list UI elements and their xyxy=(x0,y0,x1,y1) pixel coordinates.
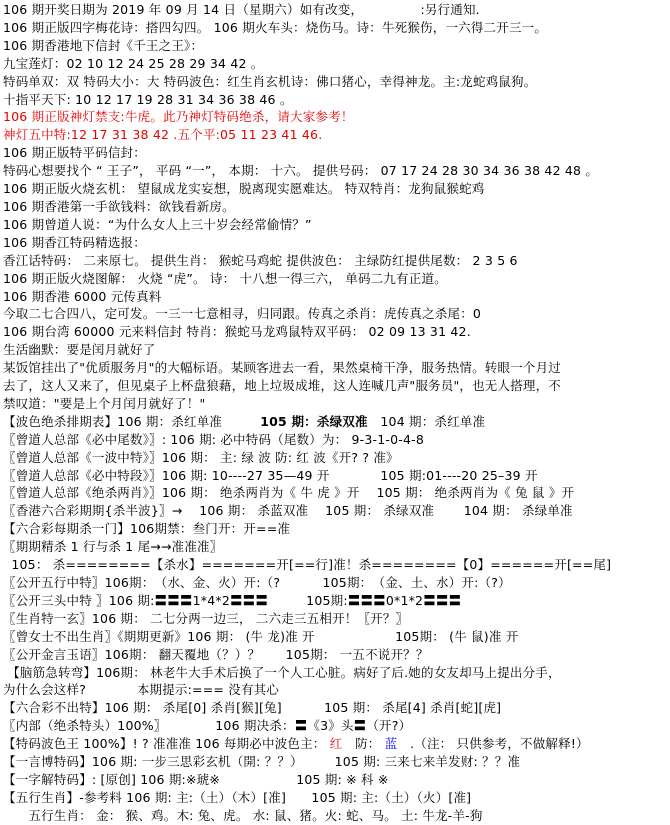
text-segment: 〖内部（绝杀特头）100%〗 106 期决杀：〓《3》头〓（开?） xyxy=(3,718,411,733)
text-segment: 〖公开金言玉语〗106期： 翻天覆地（？）？ 105期： 一五不说开？？ xyxy=(3,647,429,662)
text-segment: 〖曾道人总部《绝杀两肖》〗106 期： 绝杀两肖为《 牛 虎 》开 105 期：… xyxy=(3,485,574,500)
text-line: 〖公开金言玉语〗106期： 翻天覆地（？）？ 105期： 一五不说开？？ xyxy=(3,646,668,664)
text-line: 106 期正版火烧图解： 火烧 “虎”。 诗： 十八想一得三六， 单码二九有正道… xyxy=(3,270,668,288)
text-segment: 106 期正版火烧图解： 火烧 “虎”。 诗： 十八想一得三六， 单码二九有正道… xyxy=(3,271,447,286)
text-line: 生活幽默：要是闰月就好了 xyxy=(3,341,668,359)
text-line: 〖公开五行中特〗106期： （水、金、火）开:（? 105期： （金、土、水）开… xyxy=(3,574,668,592)
text-line: 106 期正版四字梅花诗：搭四勾四。 106 期火车头：烧伤马。诗：牛死猴伤，一… xyxy=(3,19,668,37)
text-line: 106 期正版特平码信封： xyxy=(3,144,668,162)
text-line: 〖曾道人总部《必中尾数》〗: 106 期: 必中特码（尾数）为： 9-3-1-0… xyxy=(3,431,668,449)
text-line: 某饭馆挂出了"优质服务月"的大幅标语。某顾客进去一看，果然桌椅干净，服务热情。转… xyxy=(3,359,668,377)
text-segment: 104 期：杀红单准 xyxy=(368,414,486,429)
text-segment: 十指平天下: 10 12 17 19 28 31 34 36 38 46 。 xyxy=(3,92,293,107)
text-segment: 〖曾道人总部《一波中特》〗106 期： 主: 绿 波 防: 红 波《开? ? 准… xyxy=(3,450,399,465)
text-segment: 106 期正版特平码信封： xyxy=(3,145,146,160)
text-segment: .（注： 只供参考，不做解释!） xyxy=(397,736,588,751)
text-line: 为什么会这样? 本期提示:=== 没有其心 xyxy=(3,681,668,699)
text-segment: 今取二七合四八，定可发。一三一七意相寻，归同跟。传真之杀肖：虎传真之杀尾：0 xyxy=(3,306,481,321)
text-line: 【一字解特码】: [原创] 106 期:※琥※ 105 期: ※ 科 ※ xyxy=(3,771,668,789)
text-line: 特码单双：双 特码大小：大 特码波色：红生肖玄机诗：佛口猪心，幸得神龙。主:龙蛇… xyxy=(3,73,668,91)
text-segment: 〖曾女士不出生肖〗《期期更新》106 期： (牛 龙)准 开 105期： (牛 … xyxy=(3,629,518,644)
text-line: 【特码波色王 100%】! ? 准准准 106 每期必中波色主： 红 防： 蓝 … xyxy=(3,735,668,753)
text-line: 九宝莲灯：02 10 12 24 25 28 29 34 42 。 xyxy=(3,55,668,73)
text-segment: 106 期开奖日期为 2019 年 09 月 14 日（星期六）如有改变， :另… xyxy=(3,2,480,17)
text-segment: 红 xyxy=(330,736,343,751)
text-segment: 【一言博特码】106 期: 一步三思彩玄机（開: ？？） 105 期: 三来七来… xyxy=(3,754,520,769)
text-segment: 蓝 xyxy=(385,736,398,751)
text-line: 禁叹道："要是上个月闰月就好了！" xyxy=(3,395,668,413)
text-segment: 【脑筋急转弯】106期： 林老牛大手术后换了一个人工心脏。病好了后.她的女友却马… xyxy=(3,665,561,680)
text-line: 〖曾女士不出生肖〗《期期更新》106 期： (牛 龙)准 开 105期： (牛 … xyxy=(3,628,668,646)
text-line: 特码心想要找个 “ 王子”， 平码 “一”， 本期： 十六。 提供号码： 07 … xyxy=(3,162,668,180)
text-segment: 九宝莲灯：02 10 12 24 25 28 29 34 42 。 xyxy=(3,56,264,71)
text-segment: 【五行生肖】-参考料 106 期: 主:（土）（木）[准] 105 期: 主:（… xyxy=(3,790,471,805)
text-segment: 106 期正版四字梅花诗：搭四勾四。 106 期火车头：烧伤马。诗：牛死猴伤，一… xyxy=(3,20,547,35)
text-line: 〖期期精杀 1 行与杀 1 尾→→准准准〗 xyxy=(3,538,668,556)
text-line: 106 期开奖日期为 2019 年 09 月 14 日（星期六）如有改变， :另… xyxy=(3,1,668,19)
text-line: 〖生肖特一玄〗106 期： 二七分两一边三， 二六走三五相开！〖开？〗 xyxy=(3,610,668,628)
text-segment: 为什么会这样? 本期提示:=== 没有其心 xyxy=(3,682,279,697)
text-segment: 神灯五中特:12 17 31 38 42 .五个平:05 11 23 41 46… xyxy=(3,127,322,142)
text-segment: 106 期香港第一手欲钱料：欲钱看新房。 xyxy=(3,199,235,214)
text-segment: 【六合彩不出特】106 期： 杀尾[0] 杀肖[猴][兔] 105 期： 杀尾[… xyxy=(3,700,501,715)
text-line: 〖曾道人总部《一波中特》〗106 期： 主: 绿 波 防: 红 波《开? ? 准… xyxy=(3,449,668,467)
text-segment: 106 期香港 6000 元传真料 xyxy=(3,289,162,304)
text-line: 〖内部（绝杀特头）100%〗 106 期决杀：〓《3》头〓（开?） xyxy=(3,717,668,735)
text-line: 今取二七合四八，定可发。一三一七意相寻，归同跟。传真之杀肖：虎传真之杀尾：0 xyxy=(3,305,668,323)
text-segment: 【波色绝杀排期表】106 期：杀红单准 xyxy=(3,414,260,429)
text-line: 〖曾道人总部《绝杀两肖》〗106 期： 绝杀两肖为《 牛 虎 》开 105 期：… xyxy=(3,484,668,502)
text-segment: 〖公开五行中特〗106期： （水、金、火）开:（? 105期： （金、土、水）开… xyxy=(3,575,511,590)
text-line: 106 期正版火烧玄机： 望鼠成龙实妄想，脱离现实愿难达。 特双特肖：龙狗鼠猴蛇… xyxy=(3,180,668,198)
text-segment: 〖曾道人总部《必中特段》〗106 期: 10----27 35—49 开 105… xyxy=(3,468,538,483)
text-segment: 【六合彩每期杀一门】106期禁：叁门开：开==准 xyxy=(3,521,290,536)
text-segment: 〖公开三头中特 〗106 期:〓〓〓1*4*2〓〓〓 105期:〓〓〓0*1*2… xyxy=(3,593,461,608)
text-line: 神灯五中特:12 17 31 38 42 .五个平:05 11 23 41 46… xyxy=(3,126,668,144)
text-line: 去了，这人又来了，但见桌子上杯盘狼藉，地上垃圾成堆，这人连喊几声"服务员"，也无… xyxy=(3,377,668,395)
text-line: 【六合彩不出特】106 期： 杀尾[0] 杀肖[猴][兔] 105 期： 杀尾[… xyxy=(3,699,668,717)
text-segment: 防： xyxy=(342,736,384,751)
document-body: 106 期开奖日期为 2019 年 09 月 14 日（星期六）如有改变， :另… xyxy=(0,0,670,825)
text-segment: 105 期：杀绿双准 xyxy=(260,414,367,429)
text-line: 五行生肖： 金： 猴、鸡。木: 兔、虎。 水: 鼠、猪。火: 蛇、马。 土: 牛… xyxy=(3,807,668,825)
text-segment: 某饭馆挂出了"优质服务月"的大幅标语。某顾客进去一看，果然桌椅干净，服务热情。转… xyxy=(3,360,561,375)
text-segment: 【特码波色王 100%】! ? 准准准 106 每期必中波色主： xyxy=(3,736,330,751)
text-segment: 〖生肖特一玄〗106 期： 二七分两一边三， 二六走三五相开！〖开？〗 xyxy=(3,611,408,626)
text-segment: 【一字解特码】: [原创] 106 期:※琥※ 105 期: ※ 科 ※ xyxy=(3,772,389,787)
text-line: 106 期台湾 60000 元来料信封 特肖：猴蛇马龙鸡鼠特双平码： 02 09… xyxy=(3,323,668,341)
text-segment: 106 期曾道人说：“为什么女人上三十岁会经常偷情？” xyxy=(3,217,312,232)
text-line: 〖香港六合彩期期{杀半波}〗→ 106 期： 杀蓝双准 105 期： 杀绿双准 … xyxy=(3,502,668,520)
text-segment: 〖期期精杀 1 行与杀 1 尾→→准准准〗 xyxy=(3,539,222,554)
text-segment: 去了，这人又来了，但见桌子上杯盘狼藉，地上垃圾成堆，这人连喊几声"服务员"，也无… xyxy=(3,378,561,393)
text-segment: 106 期正版神灯禁支:牛虎。此乃神灯特码绝杀，请大家参考！ xyxy=(3,109,354,124)
text-line: 106 期正版神灯禁支:牛虎。此乃神灯特码绝杀，请大家参考！ xyxy=(3,108,668,126)
text-line: 〖公开三头中特 〗106 期:〓〓〓1*4*2〓〓〓 105期:〓〓〓0*1*2… xyxy=(3,592,668,610)
text-line: 106 期香江特码精选报： xyxy=(3,234,668,252)
text-line: 106 期香港 6000 元传真料 xyxy=(3,288,668,306)
text-segment: 106 期正版火烧玄机： 望鼠成龙实妄想，脱离现实愿难达。 特双特肖：龙狗鼠猴蛇… xyxy=(3,181,484,196)
text-segment: 〖曾道人总部《必中尾数》〗: 106 期: 必中特码（尾数）为： 9-3-1-0… xyxy=(3,432,424,447)
text-line: 【脑筋急转弯】106期： 林老牛大手术后换了一个人工心脏。病好了后.她的女友却马… xyxy=(3,664,668,682)
text-line: 106 期香港地下信封《千王之王》： xyxy=(3,37,668,55)
text-line: 香江话特码： 二来原七。 提供生肖： 猴蛇马鸡蛇 提供波色： 主绿防红提供尾数：… xyxy=(3,252,668,270)
text-line: 〖曾道人总部《必中特段》〗106 期: 10----27 35—49 开 105… xyxy=(3,467,668,485)
text-line: 【五行生肖】-参考料 106 期: 主:（土）（木）[准] 105 期: 主:（… xyxy=(3,789,668,807)
text-segment: 特码单双：双 特码大小：大 特码波色：红生肖玄机诗：佛口猪心，幸得神龙。主:龙蛇… xyxy=(3,74,536,89)
text-segment: 106 期香港地下信封《千王之王》： xyxy=(3,38,203,53)
text-line: 十指平天下: 10 12 17 19 28 31 34 36 38 46 。 xyxy=(3,91,668,109)
text-segment: 〖香港六合彩期期{杀半波}〗→ 106 期： 杀蓝双准 105 期： 杀绿双准 … xyxy=(3,503,573,518)
text-line: 【六合彩每期杀一门】106期禁：叁门开：开==准 xyxy=(3,520,668,538)
text-segment: 五行生肖： 金： 猴、鸡。木: 兔、虎。 水: 鼠、猪。火: 蛇、马。 土: 牛… xyxy=(3,808,483,823)
text-line: 【一言博特码】106 期: 一步三思彩玄机（開: ？？） 105 期: 三来七来… xyxy=(3,753,668,771)
text-line: 106 期香港第一手欲钱料：欲钱看新房。 xyxy=(3,198,668,216)
text-segment: 特码心想要找个 “ 王子”， 平码 “一”， 本期： 十六。 提供号码： 07 … xyxy=(3,163,598,178)
text-line: 【波色绝杀排期表】106 期：杀红单准 105 期：杀绿双准 104 期：杀红单… xyxy=(3,413,668,431)
text-line: 105： 杀========【杀水】=======开[==行]准！杀======… xyxy=(3,556,668,574)
text-segment: 禁叹道："要是上个月闰月就好了！" xyxy=(3,396,205,411)
text-segment: 106 期香江特码精选报： xyxy=(3,235,146,250)
text-segment: 106 期台湾 60000 元来料信封 特肖：猴蛇马龙鸡鼠特双平码： 02 09… xyxy=(3,324,471,339)
text-segment: 生活幽默：要是闰月就好了 xyxy=(3,342,155,357)
text-line: 106 期曾道人说：“为什么女人上三十岁会经常偷情？” xyxy=(3,216,668,234)
text-segment: 105： 杀========【杀水】=======开[==行]准！杀======… xyxy=(3,557,611,572)
text-segment: 香江话特码： 二来原七。 提供生肖： 猴蛇马鸡蛇 提供波色： 主绿防红提供尾数：… xyxy=(3,253,518,268)
